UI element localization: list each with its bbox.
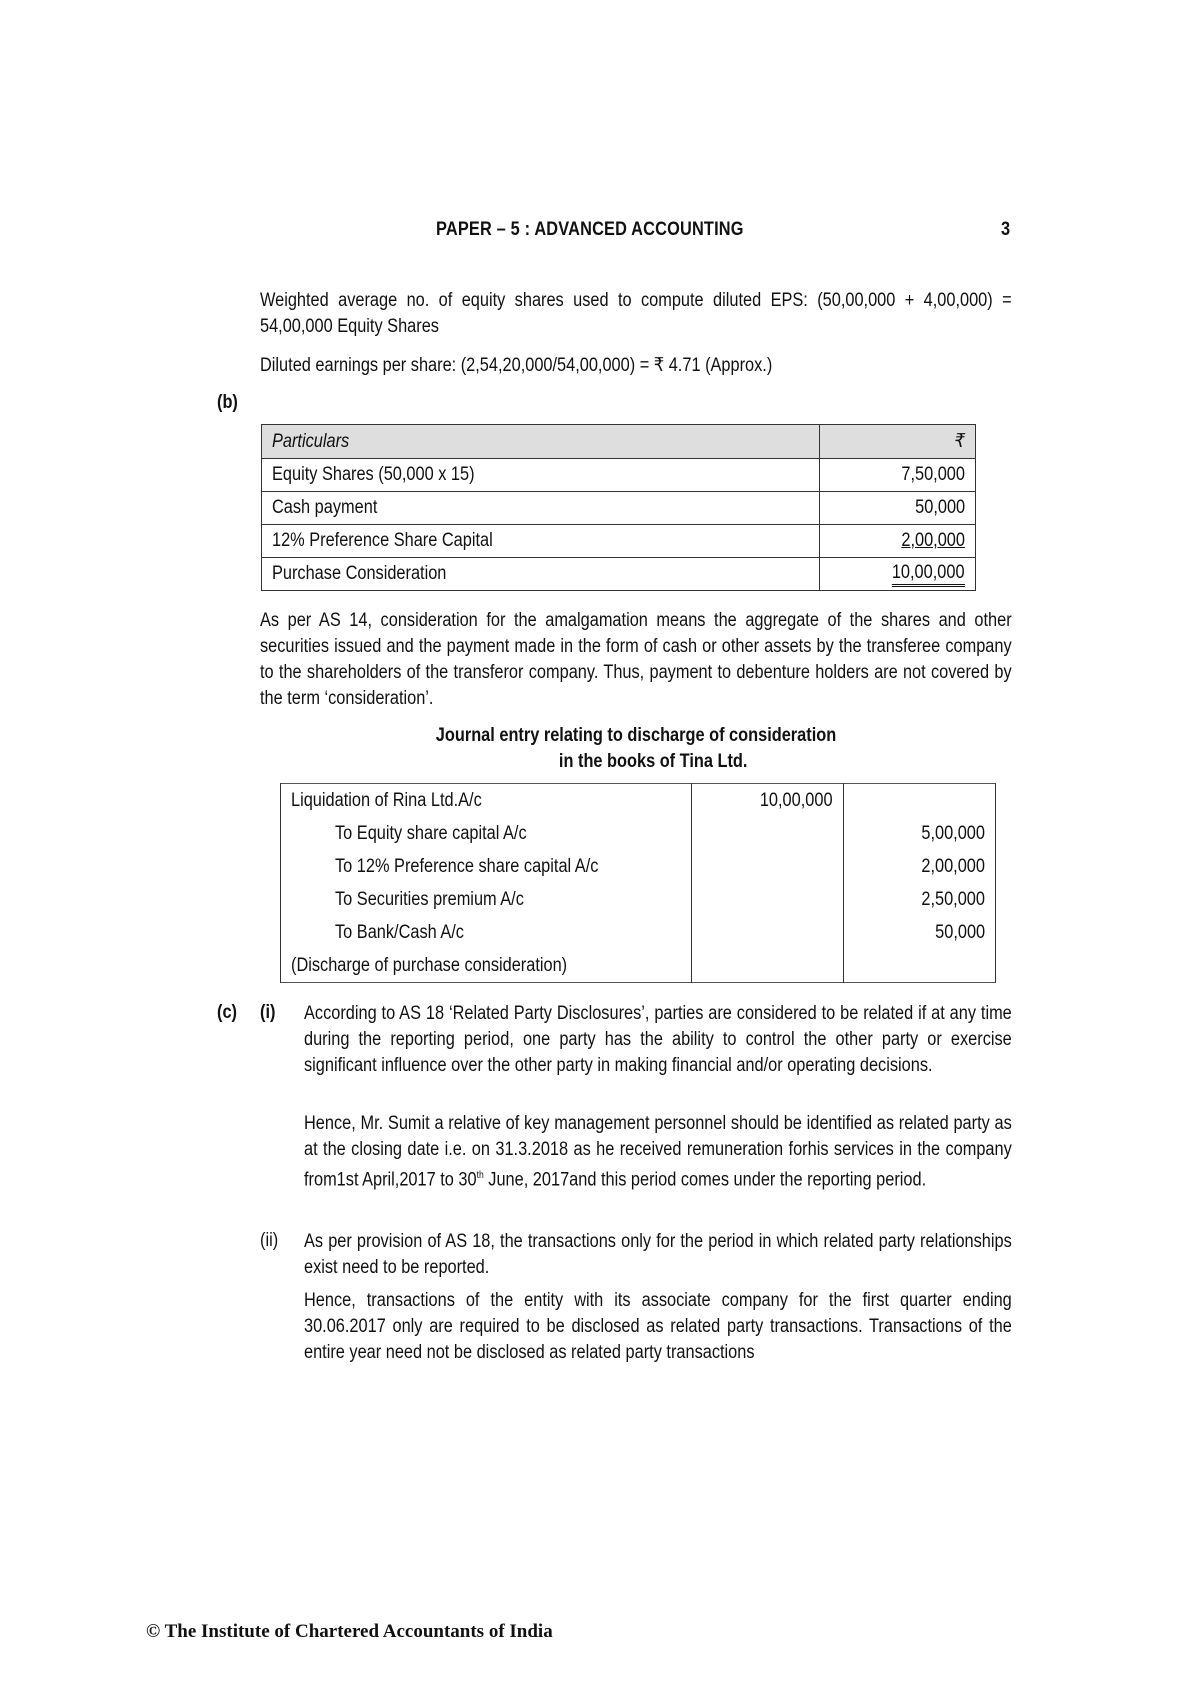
journal-debit-text: 10,00,000 (760, 790, 833, 812)
journal-credit (844, 949, 996, 983)
header-rupee: ₹ (820, 425, 976, 459)
row-amount: 50,000 (820, 492, 976, 525)
journal-account: Liquidation of Rina Ltd.A/c (281, 784, 692, 818)
journal-row: Liquidation of Rina Ltd.A/c 10,00,000 (281, 784, 996, 818)
journal-account-text: To Equity share capital A/c (335, 823, 527, 845)
journal-account-text: Liquidation of Rina Ltd.A/c (291, 790, 482, 812)
journal-row: (Discharge of purchase consideration) (281, 949, 996, 983)
row-amount-text: 2,00,000 (901, 530, 965, 552)
journal-credit: 50,000 (844, 916, 996, 949)
journal-row: To Equity share capital A/c 5,00,000 (281, 817, 996, 850)
table-row: Cash payment 50,000 (262, 492, 976, 525)
row-particular: Cash payment (262, 492, 820, 525)
diluted-eps-paragraph: Diluted earnings per share: (2,54,20,000… (260, 353, 1012, 379)
copyright-text: © The Institute of Chartered Accountants… (146, 1621, 553, 1642)
journal-account: To Equity share capital A/c (281, 817, 692, 850)
part-c-label-text: (c) (217, 1002, 237, 1024)
page-number: 3 (1001, 219, 1012, 241)
journal-account: To Bank/Cash A/c (281, 916, 692, 949)
row-amount-text: 10,00,000 (892, 562, 965, 587)
sub-i-paragraph-1: According to AS 18 ‘Related Party Disclo… (304, 1001, 1012, 1079)
table-row: 12% Preference Share Capital 2,00,000 (262, 525, 976, 558)
as14-explanation-text: As per AS 14, consideration for the amal… (260, 608, 1012, 712)
row-particular: Purchase Consideration (262, 558, 820, 591)
journal-credit-text: 5,00,000 (921, 823, 985, 845)
row-particular-text: Purchase Consideration (272, 563, 446, 585)
sub-i-label-text: (i) (260, 1002, 275, 1024)
journal-account-text: To 12% Preference share capital A/c (335, 856, 598, 878)
row-amount-text: 7,50,000 (901, 464, 965, 486)
journal-account-text: To Securities premium A/c (335, 889, 524, 911)
journal-title-line2: in the books of Tina Ltd. (313, 749, 960, 775)
journal-account-text: To Bank/Cash A/c (335, 922, 464, 944)
journal-credit (844, 784, 996, 818)
sub-i-paragraph-2-text: Hence, Mr. Sumit a relative of key manag… (304, 1111, 1012, 1193)
table-header-row: Particulars ₹ (262, 425, 976, 459)
table-row: Equity Shares (50,000 x 15) 7,50,000 (262, 459, 976, 492)
journal-debit (692, 883, 844, 916)
sub-i-paragraph-2-part2: June, 2017and this period comes under th… (484, 1169, 926, 1190)
diluted-eps-text: Diluted earnings per share: (2,54,20,000… (260, 353, 1012, 379)
sub-ii-label-text: (ii) (260, 1230, 278, 1252)
journal-credit: 5,00,000 (844, 817, 996, 850)
sub-i-paragraph-2: Hence, Mr. Sumit a relative of key manag… (304, 1111, 1012, 1193)
header-particulars: Particulars (262, 425, 820, 459)
journal-credit: 2,50,000 (844, 883, 996, 916)
row-particular-text: Equity Shares (50,000 x 15) (272, 464, 475, 486)
part-c-label: (c) (217, 1002, 240, 1024)
journal-debit (692, 817, 844, 850)
table-row: Purchase Consideration 10,00,000 (262, 558, 976, 591)
superscript-th: th (477, 1170, 484, 1181)
header-particulars-text: Particulars (272, 431, 349, 453)
sub-ii-paragraph-1: As per provision of AS 18, the transacti… (304, 1229, 1012, 1281)
journal-row: To Bank/Cash A/c 50,000 (281, 916, 996, 949)
rupee-icon: ₹ (953, 430, 963, 453)
journal-credit-text: 50,000 (935, 922, 985, 944)
journal-account: To Securities premium A/c (281, 883, 692, 916)
header-title: PAPER – 5 : ADVANCED ACCOUNTING (436, 219, 794, 241)
sub-ii-paragraph-1-text: As per provision of AS 18, the transacti… (304, 1229, 1012, 1281)
purchase-consideration-table: Particulars ₹ Equity Shares (50,000 x 15… (261, 424, 976, 591)
copyright-footer: © The Institute of Chartered Accountants… (146, 1621, 553, 1643)
weighted-average-text: Weighted average no. of equity shares us… (260, 288, 1012, 340)
sub-ii-label: (ii) (260, 1230, 281, 1252)
part-b-label: (b) (217, 392, 241, 414)
row-amount-text: 50,000 (915, 497, 965, 519)
journal-title-line1: Journal entry relating to discharge of c… (313, 723, 960, 749)
row-particular-text: Cash payment (272, 497, 377, 519)
row-amount: 2,00,000 (820, 525, 976, 558)
row-particular: 12% Preference Share Capital (262, 525, 820, 558)
journal-entry-table: Liquidation of Rina Ltd.A/c 10,00,000 To… (280, 783, 996, 983)
journal-credit: 2,00,000 (844, 850, 996, 883)
journal-debit (692, 850, 844, 883)
row-particular: Equity Shares (50,000 x 15) (262, 459, 820, 492)
journal-narration: (Discharge of purchase consideration) (281, 949, 692, 983)
journal-account: To 12% Preference share capital A/c (281, 850, 692, 883)
page-number-text: 3 (1001, 219, 1010, 241)
sub-i-label: (i) (260, 1002, 278, 1024)
sub-ii-paragraph-2: Hence, transactions of the entity with i… (304, 1288, 1012, 1366)
journal-debit: 10,00,000 (692, 784, 844, 818)
sub-i-paragraph-1-text: According to AS 18 ‘Related Party Disclo… (304, 1001, 1012, 1079)
as14-explanation: As per AS 14, consideration for the amal… (260, 608, 1012, 712)
sub-ii-paragraph-2-text: Hence, transactions of the entity with i… (304, 1288, 1012, 1366)
header-title-text: PAPER – 5 : ADVANCED ACCOUNTING (436, 219, 744, 241)
journal-credit-text: 2,00,000 (921, 856, 985, 878)
journal-narration-text: (Discharge of purchase consideration) (291, 955, 567, 977)
row-amount: 7,50,000 (820, 459, 976, 492)
row-particular-text: 12% Preference Share Capital (272, 530, 493, 552)
weighted-average-paragraph: Weighted average no. of equity shares us… (260, 288, 1012, 340)
journal-row: To 12% Preference share capital A/c 2,00… (281, 850, 996, 883)
journal-debit (692, 949, 844, 983)
journal-debit (692, 916, 844, 949)
journal-credit-text: 2,50,000 (921, 889, 985, 911)
journal-title: Journal entry relating to discharge of c… (260, 723, 1012, 775)
journal-row: To Securities premium A/c 2,50,000 (281, 883, 996, 916)
part-b-label-text: (b) (217, 392, 238, 414)
row-amount: 10,00,000 (820, 558, 976, 591)
